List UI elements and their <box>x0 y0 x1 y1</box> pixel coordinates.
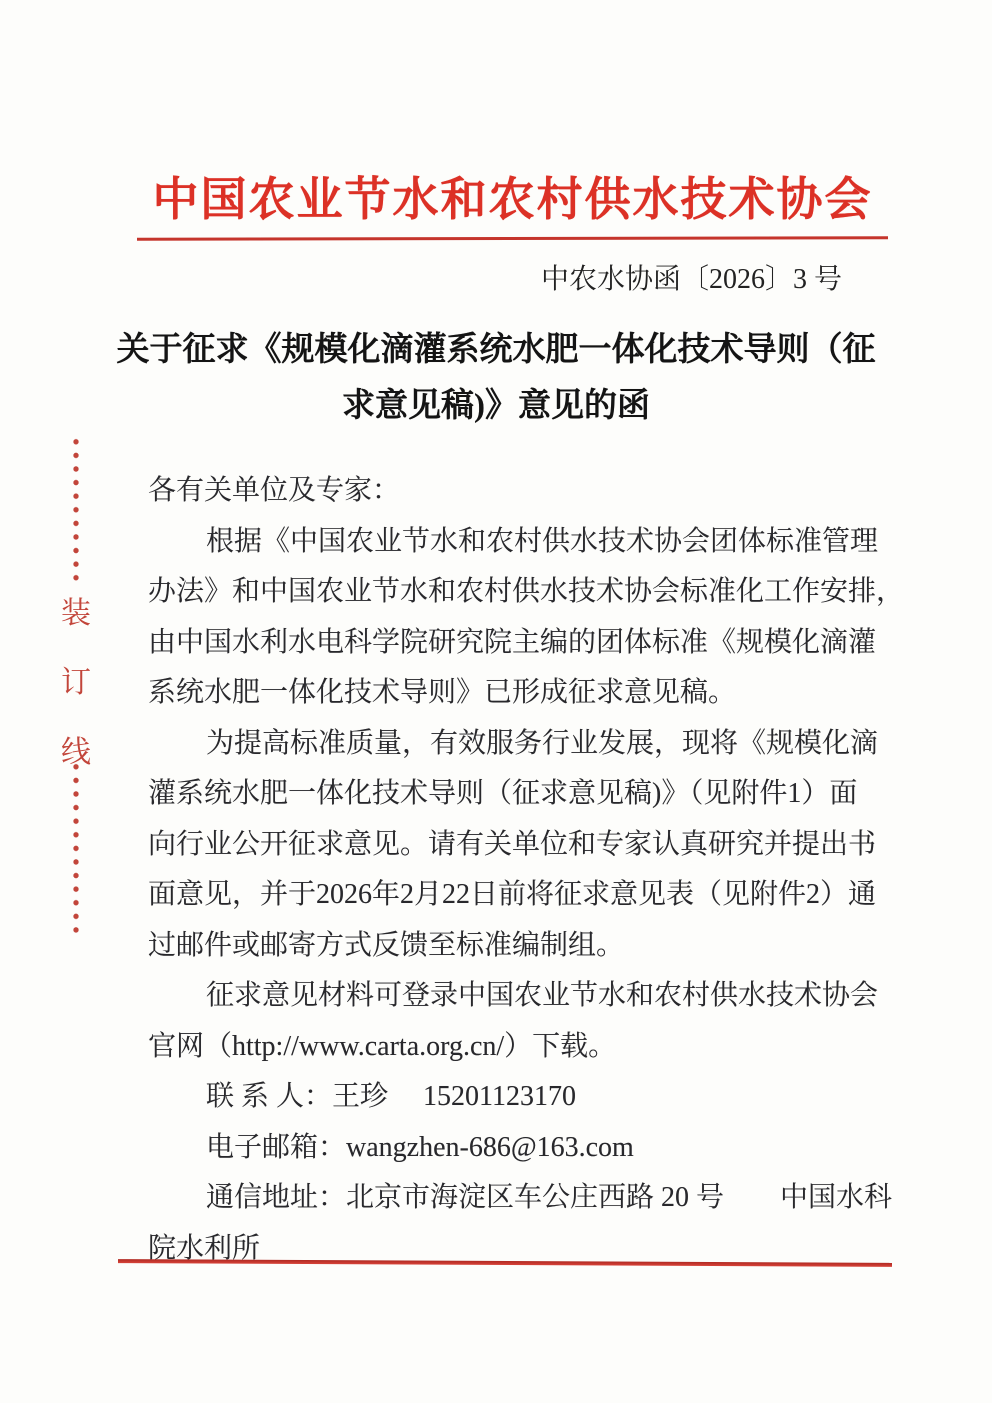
binding-dots-bottom <box>72 760 80 940</box>
body-line: 征求意见材料可登录中国农业节水和农村供水技术协会 <box>148 971 890 1022</box>
body-line: 向行业公开征求意见。请有关单位和专家认真研究并提出书 <box>148 820 890 871</box>
contact-address-1: 通信地址：北京市海淀区车公庄西路 20 号 中国水科 <box>148 1173 890 1224</box>
body-line: 由中国水利水电科学院研究院主编的团体标准《规模化滴灌 <box>148 618 890 669</box>
body-line: 过邮件或邮寄方式反馈至标准编制组。 <box>148 921 890 972</box>
binding-dots-top <box>72 435 80 587</box>
body-line: 办法》和中国农业节水和农村供水技术协会标准化工作安排， <box>148 567 890 618</box>
contact-person: 联 系 人：王珍 15201123170 <box>148 1072 890 1123</box>
document-number: 中农水协函〔2026〕3 号 <box>137 257 842 297</box>
salutation: 各有关单位及专家： <box>148 466 890 517</box>
letterhead-rule <box>137 236 888 241</box>
body-line: 系统水肥一体化技术导则》已形成征求意见稿。 <box>148 668 890 719</box>
body-line: 面意见，并于2026年2月22日前将征求意见表（见附件2）通 <box>148 870 890 921</box>
letter-title: 关于征求《规模化滴灌系统水肥一体化技术导则（征 求意见稿)》意见的函 <box>100 322 892 434</box>
scanned-letter-page: 装 订 线 中国农业节水和农村供水技术协会 中农水协函〔2026〕3 号 关于征… <box>0 0 992 1403</box>
contact-email: 电子邮箱：wangzhen-686@163.com <box>148 1123 890 1174</box>
letter-title-line2: 求意见稿)》意见的函 <box>100 378 892 434</box>
binding-char-ding: 订 <box>59 657 93 701</box>
letter-title-line1: 关于征求《规模化滴灌系统水肥一体化技术导则（征 <box>100 322 892 378</box>
letter-body: 各有关单位及专家： 根据《中国农业节水和农村供水技术协会团体标准管理 办法》和中… <box>148 466 890 1274</box>
body-line: 灌系统水肥一体化技术导则（征求意见稿)》（见附件1）面 <box>148 769 890 820</box>
contact-address-2: 院水利所 <box>148 1224 890 1275</box>
body-line: 根据《中国农业节水和农村供水技术协会团体标准管理 <box>148 517 890 568</box>
binding-char-zhuang: 装 <box>59 588 93 632</box>
letterhead-org-name: 中国农业节水和农村供水技术协会 <box>137 163 888 229</box>
body-line: 为提高标准质量，有效服务行业发展，现将《规模化滴 <box>148 719 890 770</box>
website-line: 官网（http://www.carta.org.cn/）下载。 <box>148 1022 890 1073</box>
binding-line: 装 订 线 <box>0 0 110 1403</box>
